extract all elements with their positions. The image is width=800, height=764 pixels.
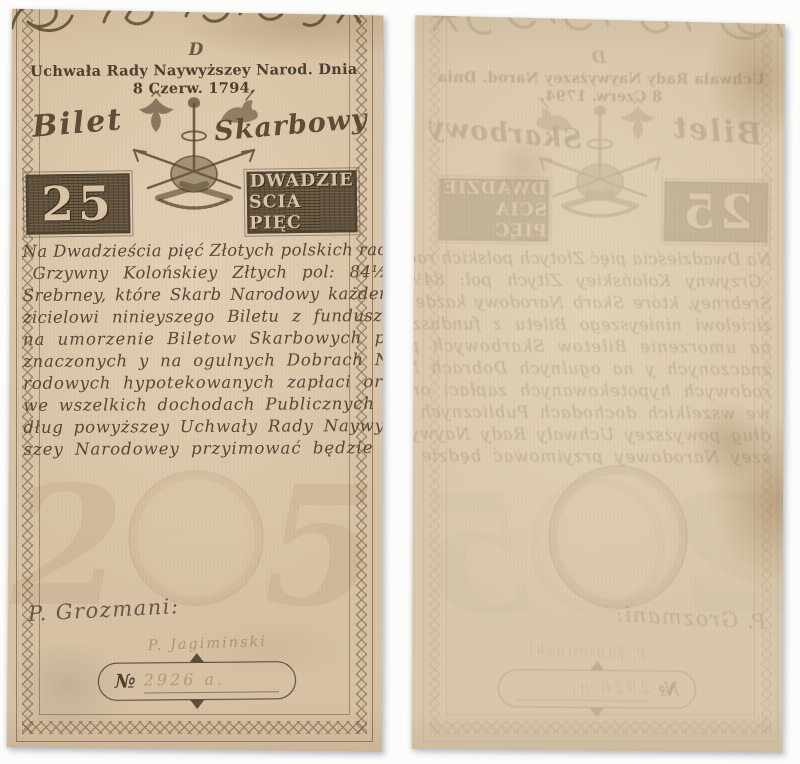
denomination-words-box: DWADZIE SCIA PIĘC [439, 178, 550, 242]
cartouche-brace-top-icon [590, 661, 604, 670]
laurel-wreath-icon [566, 208, 634, 216]
body-line: dług powyższey Uchwały Rady Naywyż- [23, 415, 371, 439]
banknote-back: D Uchwała Rady Naywyższey Narod. Dnia 8 … [410, 10, 788, 754]
denomination-numeral-box: 25 [664, 181, 769, 242]
denomination-numeral: 25 [41, 176, 115, 232]
body-line: we wszelkich dochodach Publicznych we- [423, 401, 771, 425]
body-line: Na Dwadzieścia pięć Złotych polskich rac… [423, 247, 771, 271]
embossed-seal-back [548, 465, 688, 609]
zigzag-band-bottom [22, 721, 367, 734]
body-line: zicielowi ninieyszego Biletu z funduszow [23, 305, 371, 329]
denomination-numeral-box: 25 [26, 173, 131, 234]
body-line: Na Dwadzieścia pięć Złotych polskich rac… [22, 239, 370, 263]
paper-front: D Uchwała Rady Naywyższey Narod. Dnia 8 … [6, 2, 386, 754]
series-letter: D [6, 40, 386, 60]
front-artwork: D Uchwała Rady Naywyższey Narod. Dnia 8 … [410, 10, 788, 754]
denomination-words-line1: DWADZIE [250, 170, 354, 192]
body-line: we wszelkich dochodach Publicznych we- [23, 393, 371, 417]
body-line: na umorzenie Biletow Skarbowych prze- [423, 335, 771, 359]
zigzag-band-bottom [429, 721, 772, 734]
obligation-text: Na Dwadzieścia pięć Złotych polskich rac… [22, 239, 371, 461]
watermark-right-digit: 5 [263, 464, 378, 629]
body-line: rodowych hypotekowanych zapłaci oraz [23, 371, 371, 395]
front-artwork: D Uchwała Rady Naywyższey Narod. Dnia 8 … [6, 2, 386, 754]
denomination-words-line2: SCIA PIĘC [441, 199, 548, 242]
denomination-words-box: DWADZIE SCIA PIĘC [247, 170, 358, 234]
body-line: znaczonych y na ogulnych Dobrach Na- [423, 357, 771, 381]
body-line: dług powyższey Uchwały Rady Naywyż- [423, 423, 771, 447]
watermark-right-digit: 5 [418, 472, 533, 637]
scan-edge-artifact [383, 40, 385, 150]
body-line: zicielowi ninieyszego Biletu z funduszow [423, 313, 771, 337]
serial-number: 2926 a. [515, 677, 651, 701]
eagle-icon [139, 91, 174, 132]
body-line: rodowych hypotekowanych zapłaci oraz [423, 379, 771, 403]
serial-number: 2926 a. [144, 669, 280, 693]
laurel-wreath-icon [160, 200, 228, 208]
eagle-icon [620, 99, 655, 140]
body-line: znaczonych y na ogulnych Dobrach Na- [23, 349, 371, 373]
cartouche-brace-bottom-icon [590, 708, 604, 717]
body-line: Srebrney, które Skarb Narodowy każdemu U… [423, 291, 771, 315]
body-line: Srebrney, które Skarb Narodowy każdemu U… [23, 283, 371, 307]
calligraphic-flourish [426, 0, 786, 52]
obligation-text: Na Dwadzieścia pięć Złotych polskich rac… [422, 247, 771, 469]
serial-cartouche: № 2926 a. [498, 669, 696, 709]
pahonia-icon [221, 90, 257, 123]
body-line: Grzywny Kolońskiey Złtych pol: 84½ Monet… [423, 269, 771, 293]
bleed-through: D Uchwała Rady Naywyższey Narod. Dnia 8 … [410, 10, 788, 754]
denomination-words-line1: DWADZIE [442, 178, 546, 200]
serial-cartouche: № 2926 a. [98, 661, 296, 701]
serial-prefix: № [658, 679, 679, 701]
cartouche-brace-bottom-icon [190, 700, 204, 709]
embossed-seal [128, 470, 264, 606]
paper-back: D Uchwała Rady Naywyższey Narod. Dnia 8 … [410, 10, 788, 754]
body-line: Grzywny Kolońskiey Złtych pol: 84½ Monet… [23, 261, 371, 285]
serial-prefix: № [115, 671, 136, 693]
pahonia-icon [536, 98, 572, 131]
denomination-words-line2: SCIA PIĘC [249, 191, 356, 234]
series-letter: D [410, 48, 788, 68]
cartouche-brace-top-icon [190, 653, 204, 662]
denomination-numeral: 25 [679, 184, 753, 240]
banknote-front: D Uchwała Rady Naywyższey Narod. Dnia 8 … [6, 2, 386, 754]
body-line: na umorzenie Biletow Skarbowych prze- [23, 327, 371, 351]
calligraphic-flourish [8, 0, 368, 44]
